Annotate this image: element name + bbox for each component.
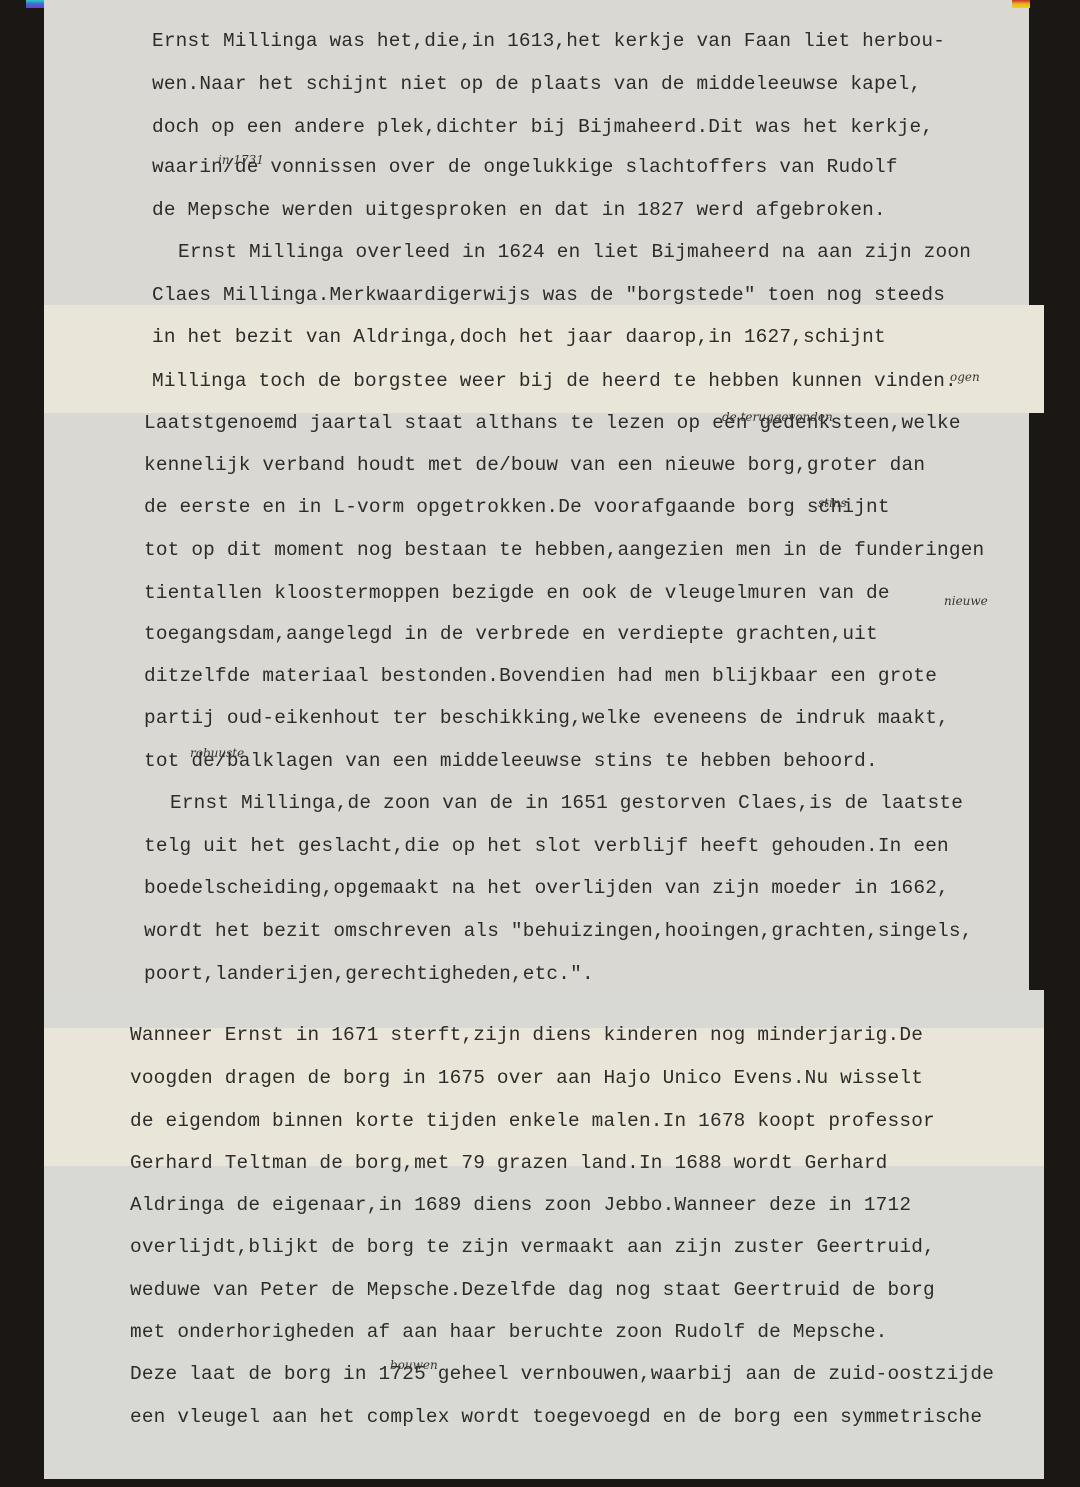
handwritten-note: ogen xyxy=(950,370,980,384)
handwritten-note: stins xyxy=(818,496,847,510)
text-line: Gerhard Teltman de borg,met 79 grazen la… xyxy=(130,1152,888,1174)
text-line: een vleugel aan het complex wordt toegev… xyxy=(130,1406,982,1428)
handwritten-note: in 1731 xyxy=(218,153,264,167)
text-line: Millinga toch de borgstee weer bij de he… xyxy=(152,370,957,392)
text-line: wordt het bezit omschreven als "behuizin… xyxy=(144,920,973,942)
text-line: Aldringa de eigenaar,in 1689 diens zoon … xyxy=(130,1194,911,1216)
text-line: doch op een andere plek,dichter bij Bijm… xyxy=(152,116,933,138)
text-line: kennelijk verband houdt met de/bouw van … xyxy=(144,454,925,476)
text-line: tientallen kloostermoppen bezigde en ook… xyxy=(144,582,890,604)
scan-edge-artifact-right xyxy=(1012,0,1030,8)
text-line: boedelscheiding,opgemaakt na het overlij… xyxy=(144,877,949,899)
handwritten-note: de teruggevonden xyxy=(722,410,833,424)
text-line: de eigendom binnen korte tijden enkele m… xyxy=(130,1110,935,1132)
handwritten-note: nieuwe xyxy=(944,594,988,608)
text-line: wen.Naar het schijnt niet op de plaats v… xyxy=(152,73,921,95)
text-line: partij oud-eikenhout ter beschikking,wel… xyxy=(144,707,949,729)
text-line: weduwe van Peter de Mepsche.Dezelfde dag… xyxy=(130,1279,935,1301)
scan-edge-artifact-left xyxy=(26,0,44,8)
text-line: poort,landerijen,gerechtigheden,etc.". xyxy=(144,963,594,985)
text-line: overlijdt,blijkt de borg te zijn vermaak… xyxy=(130,1236,935,1258)
text-line: tot op dit moment nog bestaan te hebben,… xyxy=(144,539,984,561)
text-line: toegangsdam,aangelegd in de verbrede en … xyxy=(144,623,878,645)
text-line: telg uit het geslacht,die op het slot ve… xyxy=(144,835,949,857)
text-line: Deze laat de borg in 1725 geheel vernbou… xyxy=(130,1363,994,1385)
text-line: met onderhorigheden af aan haar beruchte… xyxy=(130,1321,888,1343)
text-line: Ernst Millinga overleed in 1624 en liet … xyxy=(178,241,971,263)
handwritten-note: bouwen xyxy=(390,1358,438,1372)
pasted-strip-1 xyxy=(44,305,1044,413)
text-line: de Mepsche werden uitgesproken en dat in… xyxy=(152,199,886,221)
text-line: Claes Millinga.Merkwaardigerwijs was de … xyxy=(152,284,945,306)
text-line: Ernst Millinga was het,die,in 1613,het k… xyxy=(152,30,945,52)
text-line: Laatstgenoemd jaartal staat althans te l… xyxy=(144,412,961,434)
text-line: Ernst Millinga,de zoon van de in 1651 ge… xyxy=(170,792,963,814)
text-line: voogden dragen de borg in 1675 over aan … xyxy=(130,1067,923,1089)
text-line: in het bezit van Aldringa,doch het jaar … xyxy=(152,326,886,348)
handwritten-note: robuuste xyxy=(190,746,244,760)
text-line: de eerste en in L-vorm opgetrokken.De vo… xyxy=(144,496,890,518)
text-line: tot de/balklagen van een middeleeuwse st… xyxy=(144,750,878,772)
text-line: ditzelfde materiaal bestonden.Bovendien … xyxy=(144,665,937,687)
pasted-strip-2 xyxy=(44,1028,1044,1166)
text-line: Wanneer Ernst in 1671 sterft,zijn diens … xyxy=(130,1024,923,1046)
